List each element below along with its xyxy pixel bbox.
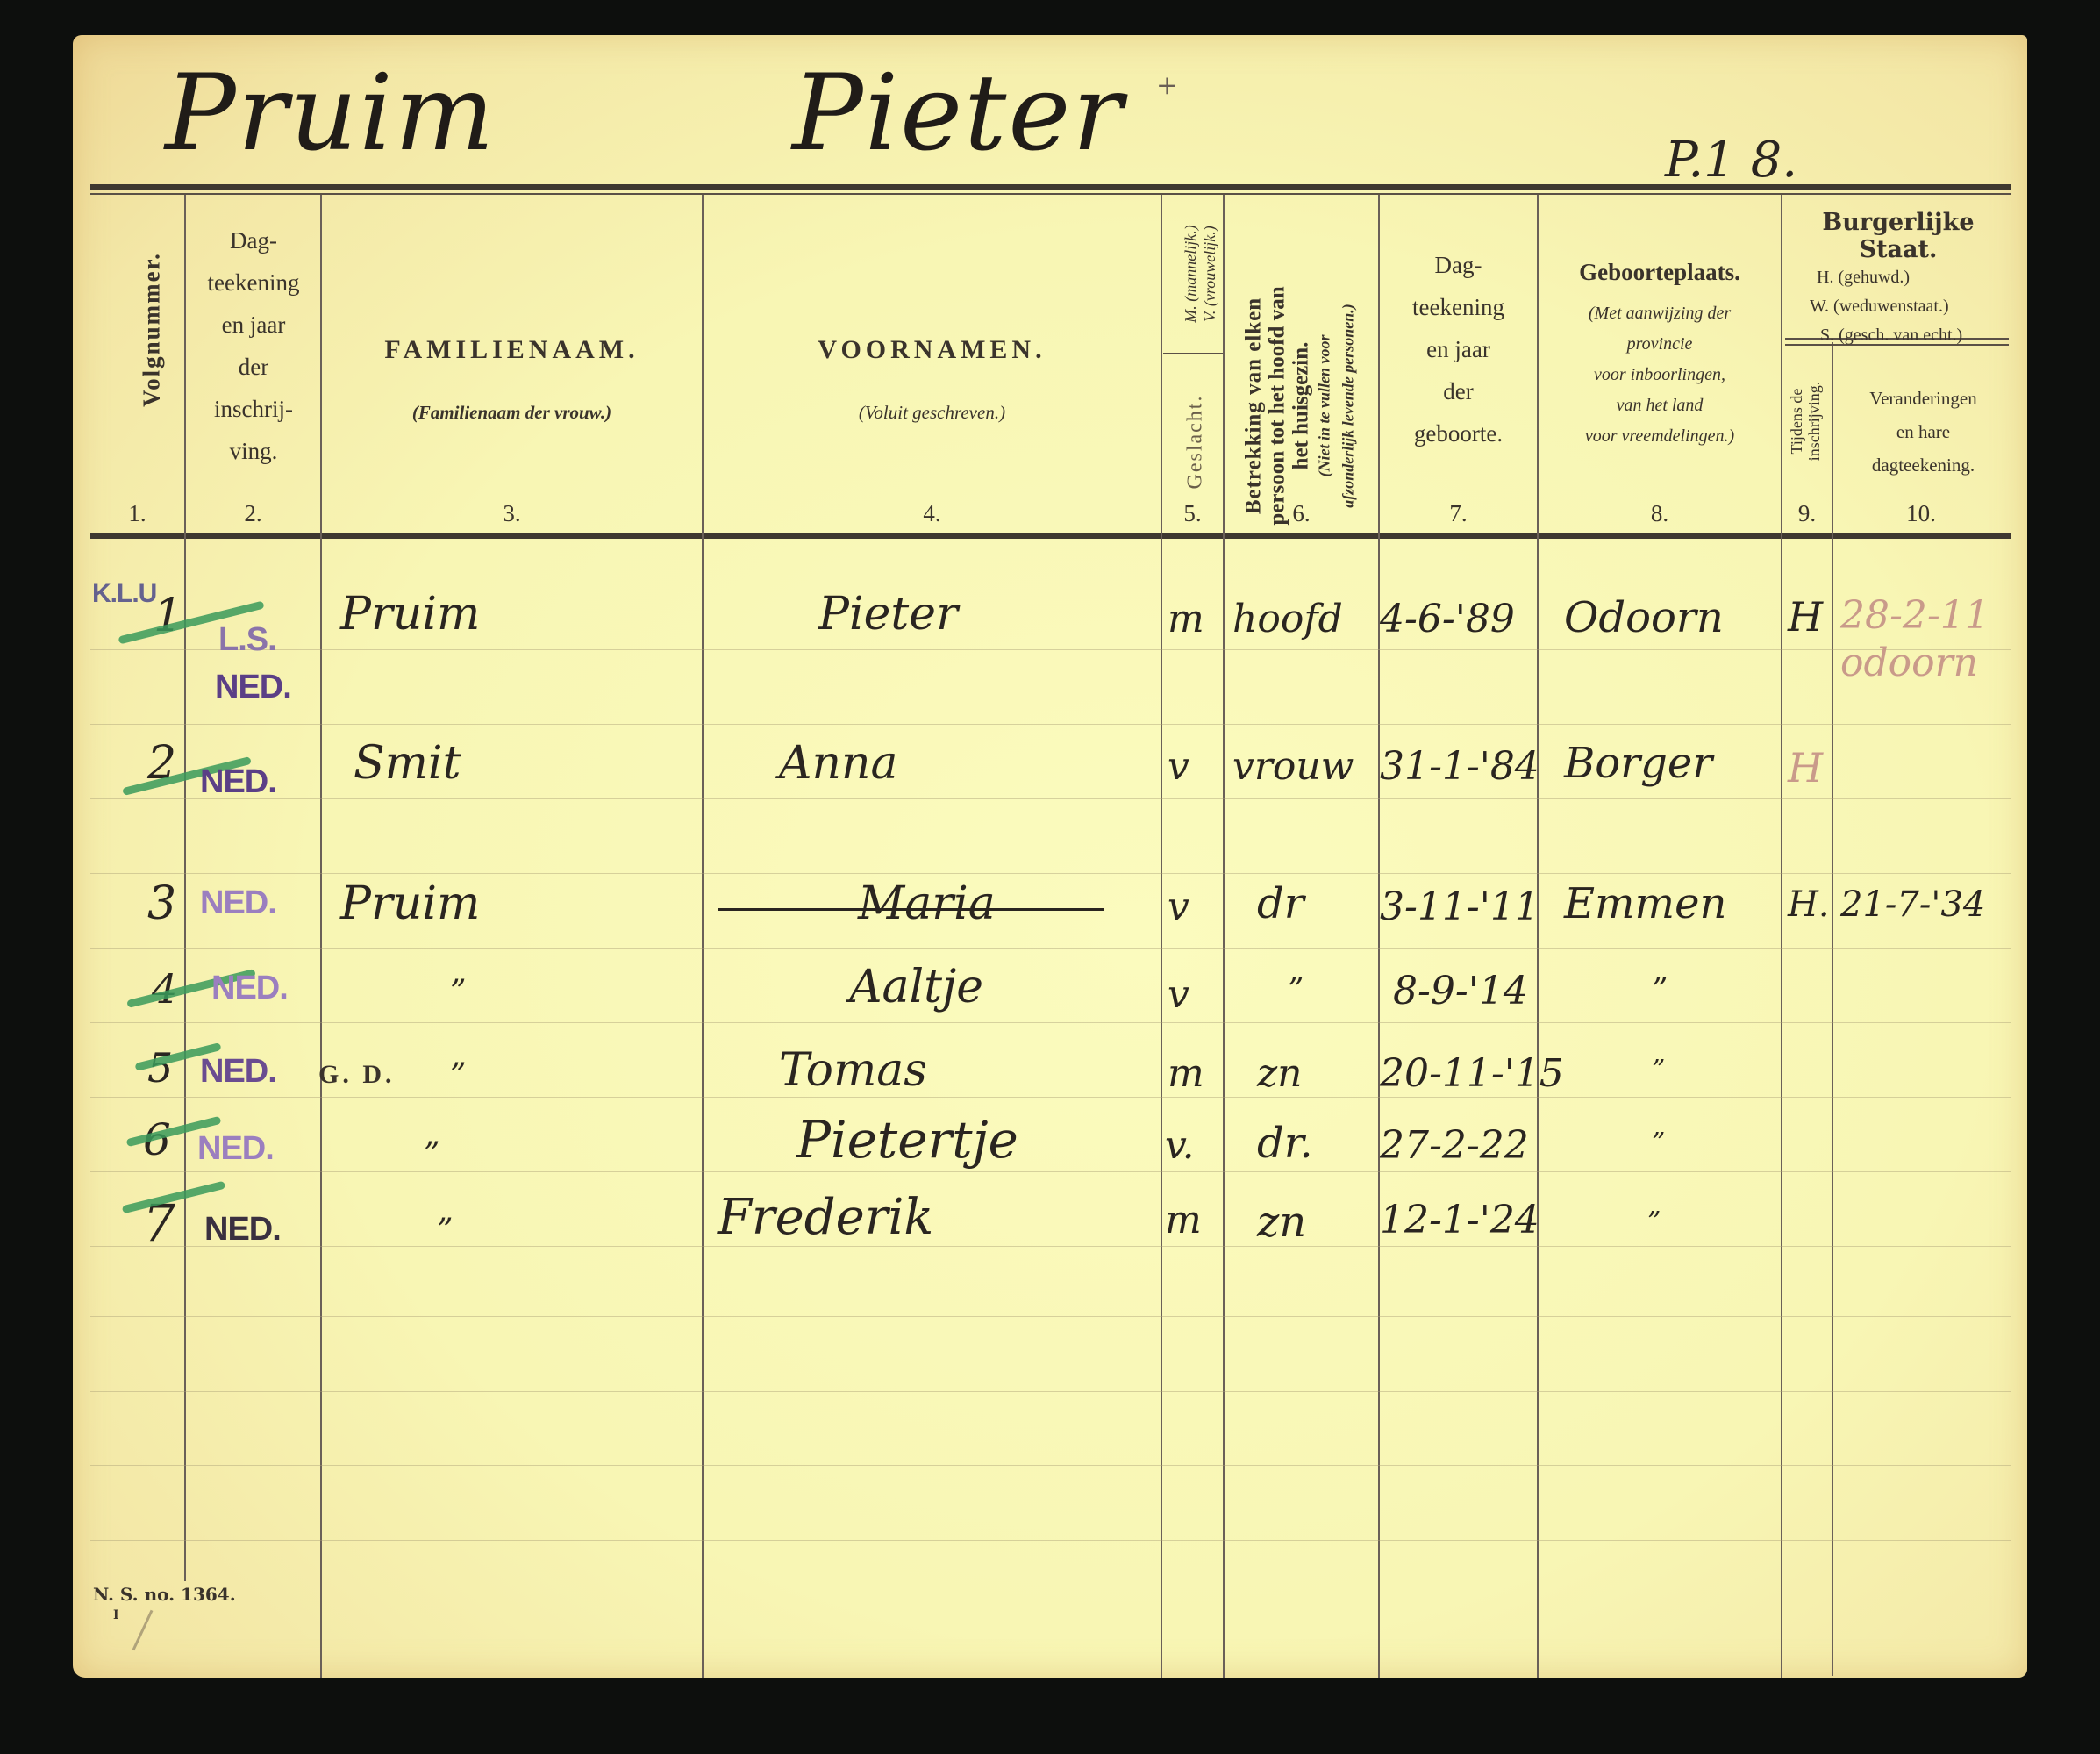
cell-geboortedatum: 8-9-'14 [1393, 969, 1528, 1013]
cell-geboorteplaats: Borger [1564, 739, 1712, 788]
cell-familienaam: ” [424, 1136, 439, 1172]
ruled-line [90, 1022, 2011, 1023]
cell-geboorteplaats: ” [1652, 1055, 1665, 1085]
cell-betrekking: dr [1257, 879, 1304, 928]
header-subtitle: (Met aanwijzing der provincie voor inboo… [1539, 298, 1781, 452]
cell-geboortedatum: 4-6-'89 [1380, 597, 1515, 641]
cell-betrekking: dr. [1257, 1119, 1313, 1168]
cell-betrekking: ” [1288, 972, 1304, 1008]
cell-geboorteplaats: ” [1652, 972, 1668, 1008]
cell-geboorteplaats: Emmen [1564, 879, 1726, 928]
cell-familienaam: ” [450, 1057, 466, 1093]
ruled-line [90, 798, 2011, 799]
geslacht-subdivider [1163, 353, 1223, 354]
stamp-ned: NED. [200, 763, 276, 801]
col-number-7: 7. [1380, 500, 1537, 527]
title-firstname: Pieter [792, 53, 1125, 175]
cell-betrekking: hoofd [1232, 597, 1343, 641]
cell-familienaam: Pruim [340, 588, 480, 641]
header-subtitle: (Voluit geschreven.) [704, 402, 1161, 424]
header-line: geboorte. [1380, 412, 1537, 455]
cell-betrekking: zn [1257, 1051, 1303, 1096]
ruled-line [90, 1540, 2011, 1541]
col-number-9: 9. [1782, 500, 1832, 527]
cell-familienaam: ” [450, 974, 466, 1010]
col-divider-8 [1781, 195, 1782, 1678]
header-inschrijving: Dag- teekening en jaar der inschrij- vin… [187, 219, 320, 472]
strikethrough-line [718, 908, 1104, 911]
cell-geboorteplaats: ” [1652, 1128, 1665, 1158]
header-veranderingen: Veranderingen en hare dagteekening. [1833, 382, 2013, 482]
col-number-4: 4. [704, 500, 1161, 527]
title-surname: Pruim [165, 53, 496, 175]
cell-voornamen: Frederik [718, 1189, 933, 1246]
ruled-line [90, 948, 2011, 949]
legend-h: H. (gehuwd.) [1810, 263, 2013, 292]
cell-voornamen: Maria [858, 877, 996, 930]
header-bottom-rule [90, 533, 2011, 539]
header-subtitle: (Familienaam der vrouw.) [322, 402, 702, 424]
header-volgnummer: Volgnummer. [139, 181, 166, 479]
cell-geslacht: m [1168, 1051, 1204, 1096]
row-number: 3 [147, 877, 176, 930]
stamp-ned: NED. [200, 1053, 276, 1091]
header-voornamen: VOORNAMEN. (Voluit geschreven.) [704, 335, 1161, 424]
cell-staat: H [1788, 744, 1823, 791]
col-number-2: 2. [186, 500, 320, 527]
cell-geslacht: v. [1165, 1123, 1195, 1168]
header-line: Dag- [1380, 244, 1537, 286]
pencil-x-mark: + [1156, 70, 1178, 101]
header-line: M. (mannelijk.) [1181, 199, 1200, 348]
legend-s: S. (gesch. van echt.) [1810, 321, 2013, 350]
col-number-10: 10. [1833, 500, 2009, 527]
header-line: provincie [1539, 329, 1781, 360]
cell-geboortedatum: 3-11-'11 [1380, 884, 1539, 929]
top-rule [90, 184, 2011, 190]
header-familienaam: FAMILIENAAM. (Familienaam der vrouw.) [322, 335, 702, 424]
stamp-ned: NED. [200, 884, 276, 922]
cell-geslacht: v [1168, 744, 1189, 789]
cell-geboortedatum: 27-2-22 [1380, 1123, 1529, 1168]
header-line: der [187, 346, 320, 388]
cell-familienaam: ” [437, 1213, 453, 1249]
header-title: Burgerlijke Staat. [1783, 209, 2013, 263]
header-line: dagteekening. [1833, 448, 2013, 482]
header-line: V. (vrouwelijk.) [1200, 199, 1219, 348]
header-geboorte: Dag- teekening en jaar der geboorte. [1380, 244, 1537, 455]
cell-geboortedatum: 12-1-'24 [1380, 1198, 1539, 1242]
legend-w: W. (weduwenstaat.) [1810, 292, 2013, 321]
pencil-mark [132, 1610, 154, 1651]
cell-geslacht: v [1168, 972, 1189, 1017]
ruled-line [90, 1316, 2011, 1317]
annotation-gd: G. D. [318, 1060, 396, 1090]
col-number-8: 8. [1539, 500, 1781, 527]
cell-staat: H [1788, 593, 1823, 641]
col-number-5: 5. [1162, 500, 1223, 527]
ruled-line [90, 1097, 2011, 1098]
ruled-line [90, 1391, 2011, 1392]
header-line: van het land [1539, 390, 1781, 421]
header-line: der [1380, 370, 1537, 412]
top-rule-thin [90, 193, 2011, 195]
col-divider-4 [1161, 195, 1162, 1678]
stamp-ned: NED. [204, 1211, 281, 1249]
header-line: en hare [1833, 415, 2013, 448]
cell-geslacht: m [1165, 1198, 1202, 1242]
cell-voornamen: Tomas [779, 1044, 927, 1097]
col-divider-5 [1223, 195, 1225, 1678]
header-line: teekening [187, 261, 320, 304]
header-line: voor inboorlingen, [1539, 360, 1781, 390]
header-line: (Met aanwijzing der [1539, 298, 1781, 329]
ruled-line [90, 1246, 2011, 1247]
header-line: voor vreemdelingen.) [1539, 421, 1781, 452]
cell-voornamen: Anna [779, 737, 898, 790]
col-number-3: 3. [322, 500, 702, 527]
ruled-line [90, 724, 2011, 725]
header-title: Geboorteplaats. [1539, 259, 1781, 286]
cell-familienaam: Pruim [340, 877, 480, 930]
register-card: Pruim Pieter + P.1 8. Volgnummer. Dag- t… [73, 35, 2027, 1678]
header-geboorteplaats: Geboorteplaats. (Met aanwijzing der prov… [1539, 259, 1781, 452]
header-line: Veranderingen [1833, 382, 2013, 415]
cell-geslacht: v [1168, 884, 1189, 929]
stamp-ned: NED. [211, 970, 288, 1007]
cell-staat: H. [1788, 884, 1830, 925]
stamp-ned: NED. [197, 1130, 274, 1168]
form-sub: I [113, 1608, 119, 1622]
cell-voornamen: Aaltje [849, 961, 983, 1013]
header-line: inschrij- [187, 388, 320, 430]
cell-geboorteplaats: ” [1647, 1206, 1661, 1237]
cell-voornamen: Pieter [818, 588, 958, 641]
header-line: Dag- [187, 219, 320, 261]
header-geslacht: Geslacht. [1184, 363, 1208, 521]
stamp-ls: L.S. [218, 621, 276, 659]
ruled-line [90, 873, 2011, 874]
form-number: N. S. no. 1364. [93, 1584, 236, 1605]
row-number: 5 [147, 1044, 173, 1092]
header-legend: H. (gehuwd.) W. (weduwenstaat.) S. (gesc… [1783, 263, 2013, 350]
cell-geboortedatum: 31-1-'84 [1380, 744, 1539, 789]
cell-geboortedatum: 20-11-'15 [1380, 1051, 1564, 1096]
header-tijdens-inschrijving: Tijdens de inschrijving. [1788, 355, 1823, 487]
cell-betrekking: vrouw [1232, 744, 1354, 789]
header-line: ving. [187, 430, 320, 472]
header-geslacht-mv: M. (mannelijk.) V. (vrouwelijk.) [1181, 199, 1219, 348]
cell-geboorteplaats: Odoorn [1564, 593, 1724, 642]
ruled-line [90, 1171, 2011, 1172]
col-number-6: 6. [1225, 500, 1378, 527]
cell-veranderingen-place: odoorn [1840, 641, 1978, 685]
stamp-klu: K.L.U [92, 579, 156, 609]
header-title: FAMILIENAAM. [322, 335, 702, 365]
cell-veranderingen: 28-2-11 [1840, 593, 1989, 638]
ruled-line [90, 649, 2011, 650]
header-burgerlijke-staat: Burgerlijke Staat. H. (gehuwd.) W. (wedu… [1783, 209, 2013, 350]
cell-betrekking: zn [1257, 1198, 1306, 1247]
col-divider-1 [184, 195, 186, 1581]
cell-voornamen: Pietertje [796, 1110, 1018, 1170]
reference-number: P.1 8. [1665, 132, 1797, 189]
cell-familienaam: Smit [354, 737, 461, 790]
header-line: en jaar [1380, 328, 1537, 370]
stamp-ned: NED. [215, 669, 291, 706]
header-title: VOORNAMEN. [704, 335, 1161, 365]
cell-veranderingen: 21-7-'34 [1840, 884, 1985, 925]
cell-geslacht: m [1168, 597, 1204, 641]
col-number-1: 1. [90, 500, 184, 527]
ruled-line [90, 1465, 2011, 1466]
header-line: teekening [1380, 286, 1537, 328]
col-divider-9 [1832, 342, 1833, 1676]
header-line: en jaar [187, 304, 320, 346]
